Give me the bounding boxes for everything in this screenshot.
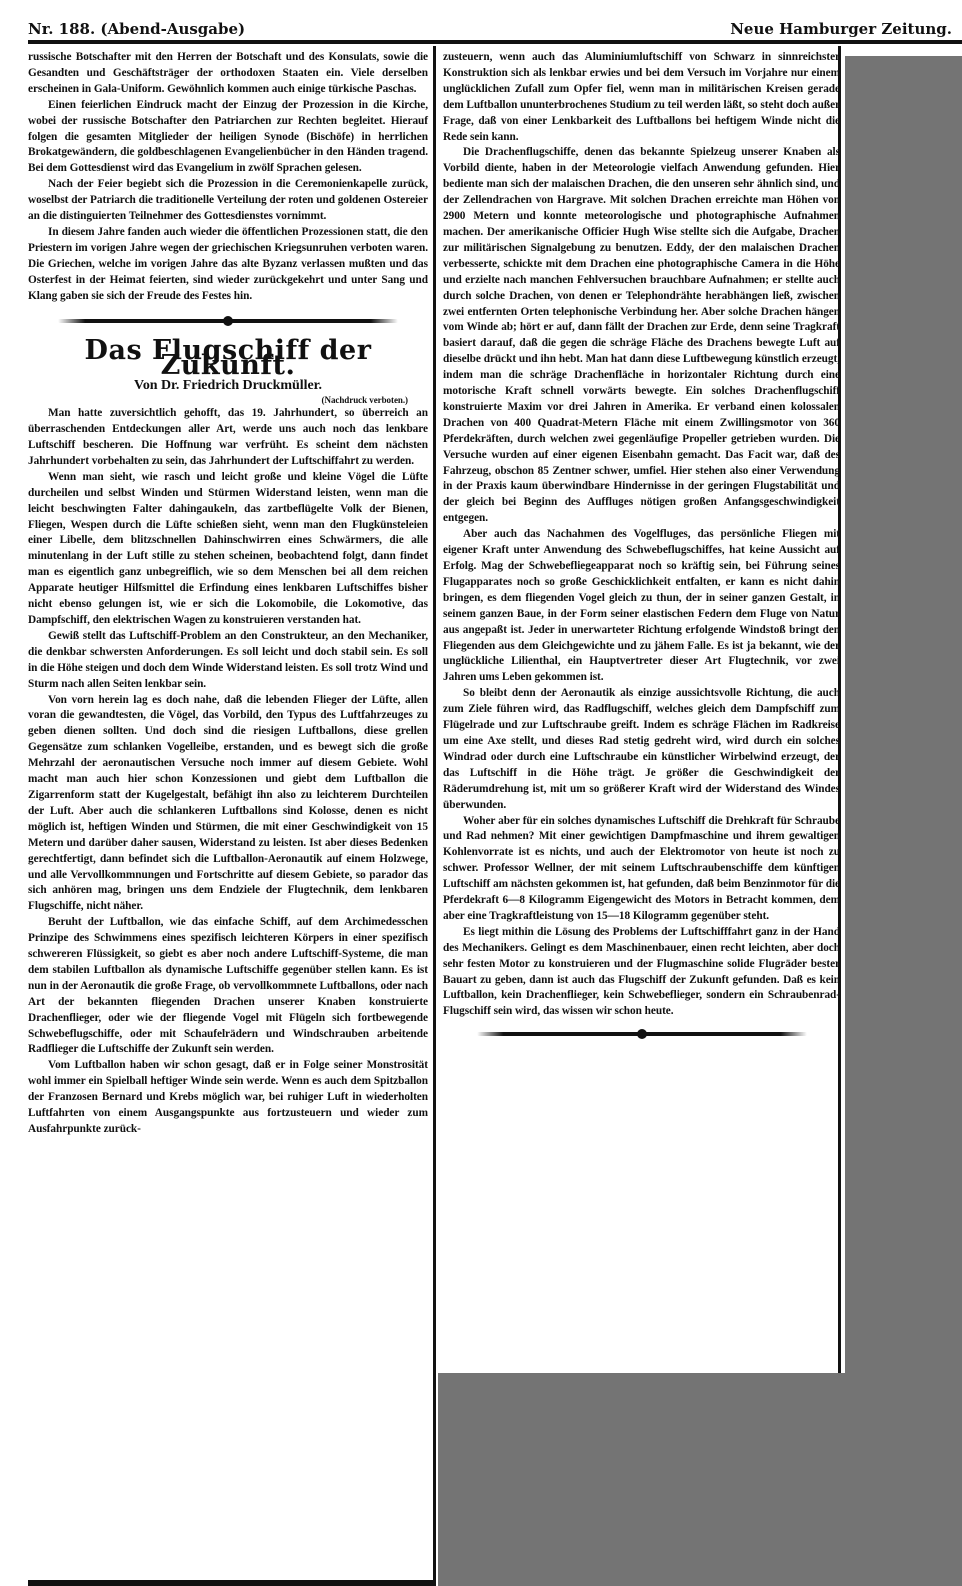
- reprint-notice: (Nachdruck verboten.): [28, 394, 408, 406]
- paragraph: Beruht der Luftballon, wie das einfache …: [28, 915, 428, 1058]
- left-column: russische Botschafter mit den Herren der…: [28, 50, 428, 1540]
- paragraph: russische Botschafter mit den Herren der…: [28, 50, 428, 98]
- masked-region-right: [845, 56, 962, 1586]
- paragraph: Woher aber für ein solches dynamisches L…: [443, 814, 840, 925]
- paragraph: Wenn man sieht, wie rasch und leicht gro…: [28, 470, 428, 629]
- paragraph: Die Drachenflugschiffe, denen das bekann…: [443, 145, 840, 527]
- article-headline: Das Flugschiff der Zukunft.: [28, 343, 428, 375]
- paragraph: Einen feierlichen Eindruck macht der Ein…: [28, 98, 428, 178]
- column-divider: [433, 46, 436, 1586]
- paragraph: Es liegt mithin die Lösung des Problems …: [443, 925, 840, 1020]
- masked-region-bottom: [438, 1373, 962, 1586]
- paragraph: Nach der Feier begiebt sich die Prozessi…: [28, 177, 428, 225]
- newspaper-name: Neue Hamburger Zeitung.: [730, 20, 952, 38]
- paragraph: Vom Luftballon haben wir schon gesagt, d…: [28, 1058, 428, 1138]
- paragraph: Aber auch das Nachahmen des Vogelfluges,…: [443, 527, 840, 686]
- paragraph: Gewiß stellt das Luftschiff-Problem an d…: [28, 629, 428, 693]
- ornamental-divider: [58, 319, 398, 323]
- paragraph: Man hatte zuversichtlich gehofft, das 19…: [28, 406, 428, 470]
- ornamental-divider-end: [477, 1032, 807, 1036]
- paragraph: So bleibt denn der Aeronautik als einzig…: [443, 686, 840, 813]
- paragraph: zusteuern, wenn auch das Aluminiumluftsc…: [443, 50, 840, 145]
- masthead: Nr. 188. (Abend-Ausgabe) Neue Hamburger …: [28, 14, 962, 44]
- paragraph: In diesem Jahre fanden auch wieder die ö…: [28, 225, 428, 305]
- bottom-rule: [28, 1580, 433, 1586]
- right-column: zusteuern, wenn auch das Aluminiumluftsc…: [443, 50, 840, 1340]
- paragraph: Von vorn herein lag es doch nahe, daß di…: [28, 693, 428, 916]
- article-byline: Von Dr. Friedrich Druckmüller.: [28, 378, 428, 394]
- issue-number: Nr. 188. (Abend-Ausgabe): [28, 20, 245, 38]
